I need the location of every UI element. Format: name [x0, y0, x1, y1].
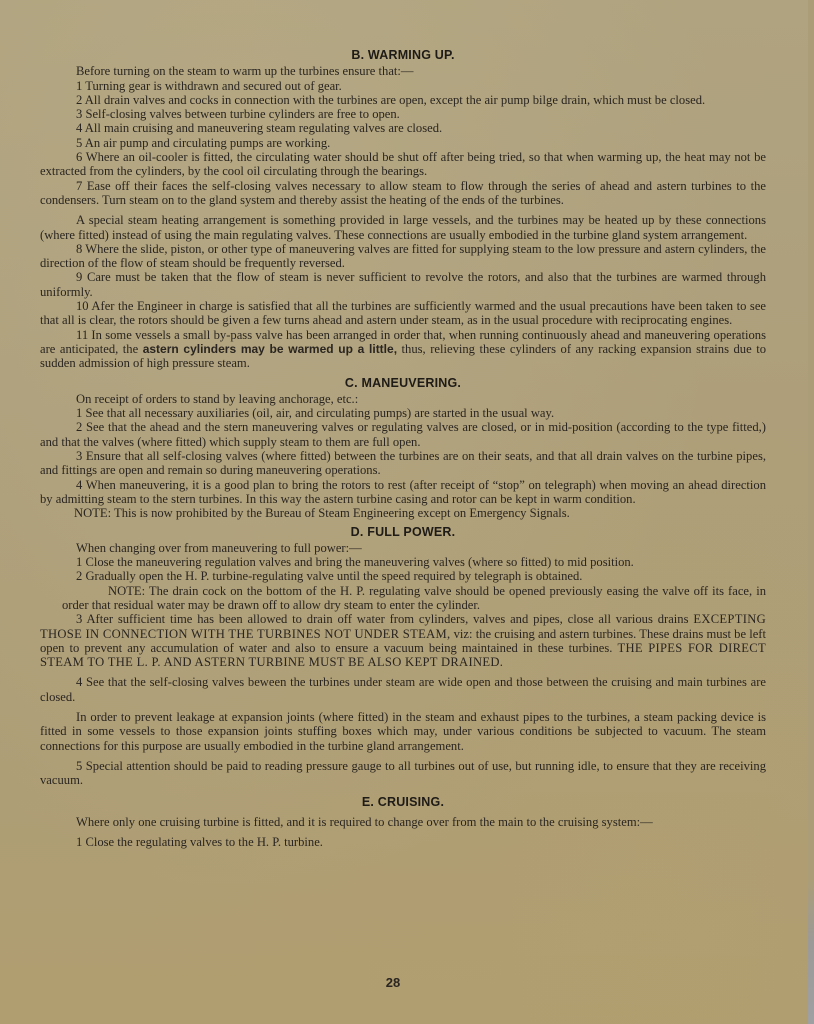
list-item: 1 Turning gear is withdrawn and secured … [40, 79, 766, 93]
note: NOTE: This is now prohibited by the Bure… [40, 506, 766, 520]
text-run: 3 After sufficient time has been allowed… [76, 612, 693, 626]
paragraph: In order to prevent leakage at expansion… [40, 710, 766, 753]
list-item: 1 Close the regulating valves to the H. … [40, 835, 766, 849]
page-edge [808, 0, 814, 1024]
list-item: 4 All main cruising and maneuvering stea… [40, 121, 766, 135]
note: NOTE: The drain cock on the bottom of th… [40, 584, 766, 613]
paragraph: Before turning on the steam to warm up t… [40, 64, 766, 78]
list-item: 4 When maneuvering, it is a good plan to… [40, 478, 766, 507]
page-number: 28 [0, 975, 786, 990]
section-heading-full-power: D. FULL POWER. [40, 525, 766, 539]
list-item: 4 See that the self-closing valves bewee… [40, 675, 766, 704]
page-body: B. WARMING UP. Before turning on the ste… [40, 48, 766, 849]
list-item: 2 All drain valves and cocks in connecti… [40, 93, 766, 107]
list-item: 2 Gradually open the H. P. turbine-regul… [40, 569, 766, 583]
section-heading-maneuvering: C. MANEUVERING. [40, 376, 766, 390]
list-item: 3 Self-closing valves between turbine cy… [40, 107, 766, 121]
list-item: 6 Where an oil-cooler is fitted, the cir… [40, 150, 766, 179]
section-heading-warming-up: B. WARMING UP. [40, 48, 766, 62]
section-heading-cruising: E. CRUISING. [40, 795, 766, 809]
paragraph: When changing over from maneuvering to f… [40, 541, 766, 555]
list-item: 5 An air pump and circulating pumps are … [40, 136, 766, 150]
list-item: 3 After sufficient time has been allowed… [40, 612, 766, 669]
list-item: 2 See that the ahead and the stern maneu… [40, 420, 766, 449]
list-item: 1 See that all necessary auxiliaries (oi… [40, 406, 766, 420]
paragraph: On receipt of orders to stand by leaving… [40, 392, 766, 406]
list-item: 9 Care must be taken that the flow of st… [40, 270, 766, 299]
bold-text-run: astern cylinders may be warmed up a litt… [143, 342, 397, 356]
list-item: 3 Ensure that all self-closing valves (w… [40, 449, 766, 478]
list-item: 10 Afer the Engineer in charge is satisf… [40, 299, 766, 328]
paragraph: A special steam heating arrangement is s… [40, 213, 766, 242]
list-item: 5 Special attention should be paid to re… [40, 759, 766, 788]
list-item: 8 Where the slide, piston, or other type… [40, 242, 766, 271]
paragraph: Where only one cruising turbine is fitte… [40, 815, 766, 829]
list-item: 7 Ease off their faces the self-closing … [40, 179, 766, 208]
list-item: 11 In some vessels a small by-pass valve… [40, 328, 766, 371]
list-item: 1 Close the maneuvering regulation valve… [40, 555, 766, 569]
